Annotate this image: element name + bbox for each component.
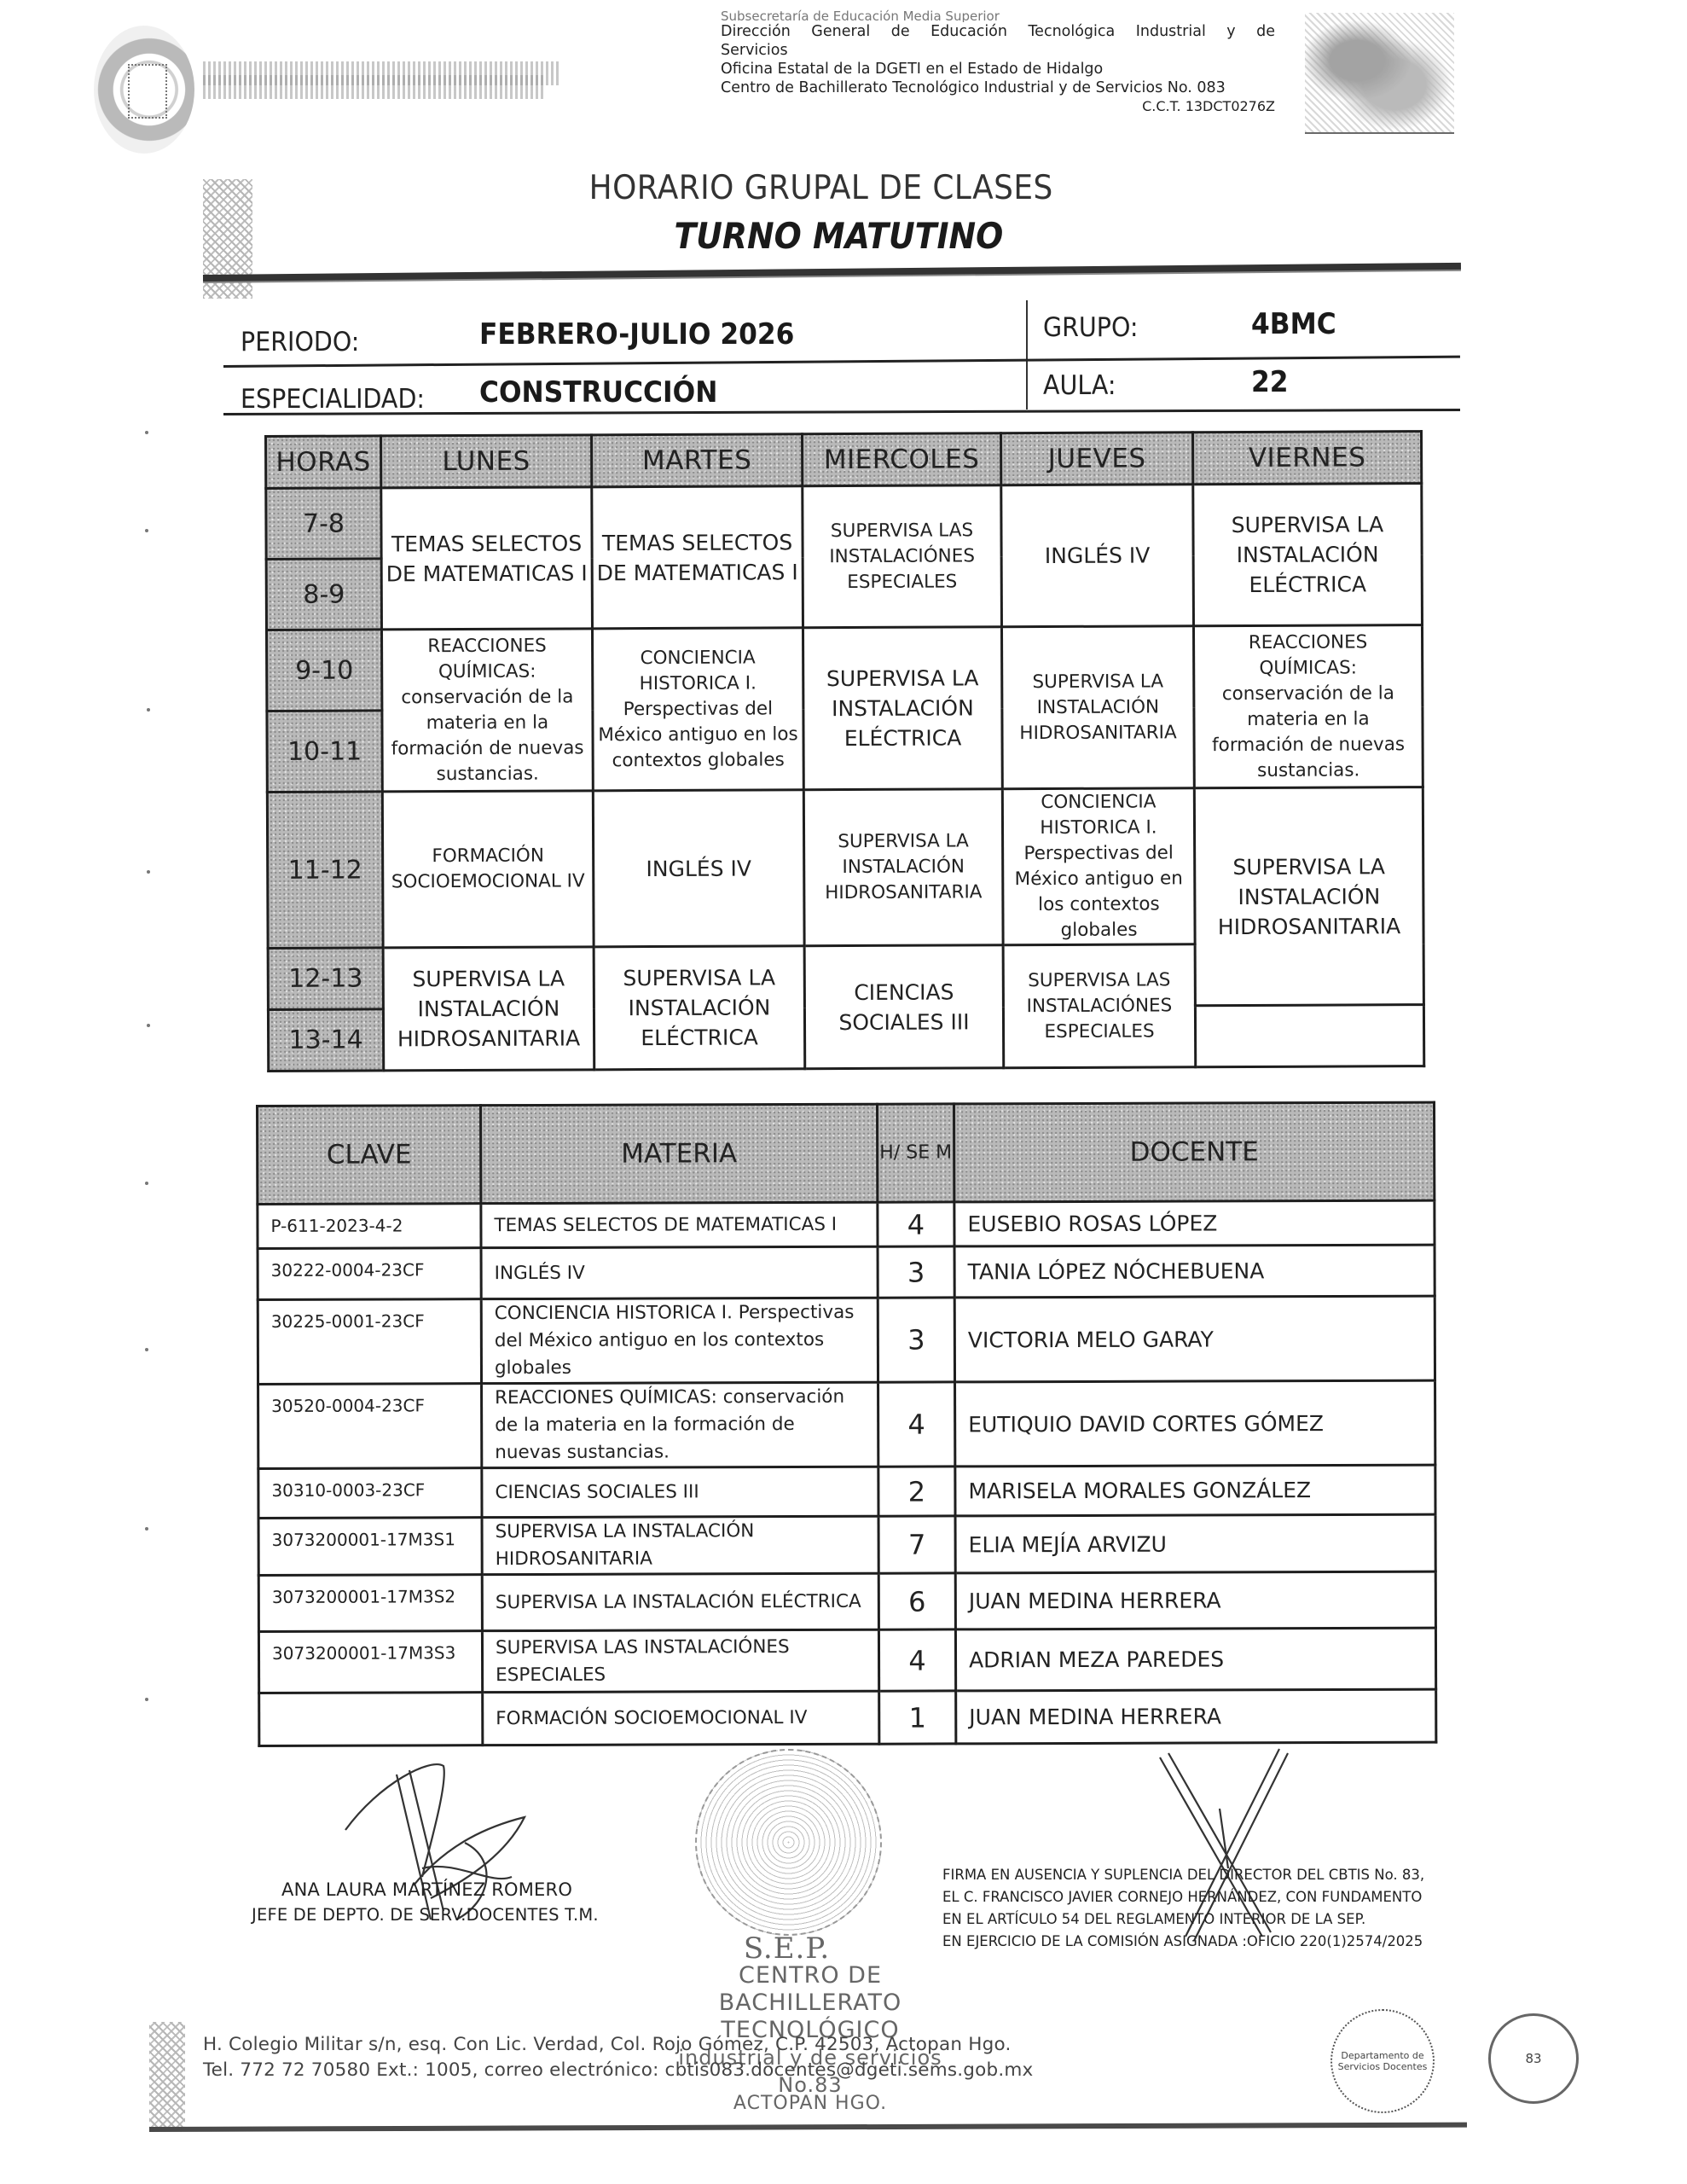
materia-cell: CONCIENCIA HISTORICA I. Perspectivas del… [481,1298,878,1383]
materia-cell: REACCIONES QUÍMICAS: conservación de la … [482,1382,878,1467]
subject-row: 30310-0003-23CF CIENCIAS SOCIALES III 2 … [258,1465,1435,1518]
docente-cell: ELIA MEJÍA ARVIZU [955,1514,1435,1573]
signatory-name: ANA LAURA MARTÍNEZ ROMERO [281,1879,572,1900]
col-header-clave: CLAVE [258,1106,481,1205]
grupo-value: 4BMC [1251,307,1336,341]
subjects-table: CLAVE MATERIA H/ SE M DOCENTE P-611-2023… [256,1101,1437,1747]
subject-row: 30520-0004-23CF REACCIONES QUÍMICAS: con… [258,1380,1435,1468]
class-cell: CONCIENCIA HISTORICA I. Perspectivas del… [1002,788,1195,945]
schedule-header-row: HORAS LUNES MARTES MIERCOLES JUEVES VIER… [266,432,1422,489]
hour-cell: 7-8 [266,488,381,560]
stamp-line: ACTOPAN HGO. [648,2090,972,2117]
clave-cell: 30310-0003-23CF [258,1468,482,1519]
docente-cell: EUSEBIO ROSAS LÓPEZ [954,1200,1435,1246]
clave-cell: P-611-2023-4-2 [258,1204,481,1249]
class-cell: TEMAS SELECTOS DE MATEMATICAS I [592,486,803,629]
hour-cell: 10-11 [267,711,382,793]
sep-national-seal-icon [695,1749,882,1936]
institution-header: Subsecretaría de Educación Media Superio… [721,7,1275,116]
info-divider [1026,300,1028,409]
docente-cell: EUTIQUIO DAVID CORTES GÓMEZ [955,1380,1435,1467]
periodo-value: FEBRERO-JULIO 2026 [479,317,794,351]
margin-dot [145,431,148,434]
hour-cell: 11-12 [267,792,383,949]
schedule-row: 11-12 FORMACIÓN SOCIOEMOCIONAL IV INGLÉS… [267,787,1423,949]
especialidad-value: CONSTRUCCIÓN [479,375,717,409]
class-cell: INGLÉS IV [1001,485,1194,627]
hour-cell: 12-13 [268,948,383,1010]
materia-cell: TEMAS SELECTOS DE MATEMATICAS I [481,1202,878,1247]
footer-address: H. Colegio Militar s/n, esq. Con Lic. Ve… [203,2032,1011,2058]
grupo-label: GRUPO: [1043,312,1139,343]
horas-cell: 4 [878,1382,955,1467]
margin-dot [147,708,150,712]
col-header-horas: HORAS [266,436,381,489]
docente-cell: JUAN MEDINA HERRERA [956,1689,1436,1744]
schedule-table: HORAS LUNES MARTES MIERCOLES JUEVES VIER… [264,430,1425,1072]
horas-cell: 2 [878,1467,955,1516]
historic-figure-emblem-icon [1305,13,1454,134]
docente-cell: MARISELA MORALES GONZÁLEZ [955,1465,1435,1516]
docente-cell: JUAN MEDINA HERRERA [955,1571,1435,1629]
materia-cell: INGLÉS IV [481,1246,878,1298]
materia-cell: SUPERVISA LAS INSTALACIÓNES ESPECIALES [482,1629,878,1692]
class-cell: TEMAS SELECTOS DE MATEMATICAS I [381,487,593,630]
seal-letters: S.E.P. [695,1935,878,1962]
schedule-row: 7-8 TEMAS SELECTOS DE MATEMATICAS I TEMA… [266,484,1422,560]
class-cell: SUPERVISA LAS INSTALACIÓNES ESPECIALES [1003,944,1196,1068]
class-cell: REACCIONES QUÍMICAS: conservación de la … [1193,625,1423,788]
institution-line: Servicios [721,41,1275,60]
cct-code: C.C.T. 13DCT0276Z [721,97,1275,116]
subject-row: 3073200001-17M3S2 SUPERVISA LA INSTALACI… [258,1571,1435,1631]
aula-value: 22 [1251,365,1289,399]
class-cell: SUPERVISA LA INSTALACIÓN ELÉCTRICA [1193,484,1423,626]
margin-dot [145,529,148,532]
institution-line: Subsecretaría de Educación Media Superio… [721,7,1275,22]
class-cell: SUPERVISA LA INSTALACIÓN HIDROSANITARIA [383,947,594,1071]
materia-cell: FORMACIÓN SOCIOEMOCIONAL IV [483,1691,879,1745]
class-cell: CIENCIAS SOCIALES III [804,945,1004,1069]
subject-row: FORMACIÓN SOCIOEMOCIONAL IV 1 JUAN MEDIN… [259,1689,1436,1745]
signatory-title: JEFE DE DEPTO. DE SERV.DOCENTES T.M. [252,1905,599,1925]
title-divider [203,263,1461,282]
footer-contact: Tel. 772 72 70580 Ext.: 1005, correo ele… [203,2058,1033,2083]
institution-line: Oficina Estatal de la DGETI en el Estado… [721,60,1275,78]
materia-cell: SUPERVISA LA INSTALACIÓN ELÉCTRICA [482,1573,878,1630]
materia-cell: CIENCIAS SOCIALES III [482,1467,878,1517]
clave-cell: 3073200001-17M3S2 [258,1575,482,1632]
horas-cell: 7 [878,1516,955,1573]
hour-cell: 8-9 [266,559,381,630]
footer-divider [149,2123,1467,2132]
col-header-viernes: VIERNES [1192,432,1421,485]
logo-caption-blur [203,75,544,99]
class-cell: INGLÉS IV [593,790,804,947]
horas-cell: 6 [878,1573,955,1629]
subject-row: 3073200001-17M3S3 SUPERVISA LAS INSTALAC… [258,1628,1435,1693]
materia-cell: SUPERVISA LA INSTALACIÓN HIDROSANITARIA [482,1516,878,1574]
docente-cell: VICTORIA MELO GARAY [954,1296,1435,1382]
dept-servicios-docentes-stamp-icon: Departamento de Servicios Docentes [1330,2009,1435,2113]
shift-title: TURNO MATUTINO [0,215,1687,257]
dgeti-gear-logo-icon [94,26,194,154]
col-header-docente: DOCENTE [954,1102,1435,1202]
suplencia-line: FIRMA EN AUSENCIA Y SUPLENCIA DEL DIRECT… [942,1864,1424,1886]
class-cell-empty [1195,1005,1423,1067]
class-cell: SUPERVISA LA INSTALACIÓN HIDROSANITARIA [1194,787,1423,1006]
suplencia-line: EL C. FRANCISCO JAVIER CORNEJO HERNÁNDEZ… [942,1886,1424,1908]
suplencia-line: EN EJERCICIO DE LA COMISIÓN ASIGNADA :OF… [942,1931,1424,1953]
class-cell: SUPERVISA LA INSTALACIÓN HIDROSANITARIA [803,789,1003,946]
margin-dot [145,1698,148,1701]
class-cell: SUPERVISA LA INSTALACIÓN ELÉCTRICA [594,946,805,1070]
class-cell: REACCIONES QUÍMICAS: conservación de la … [381,629,593,792]
clave-cell: 30225-0001-23CF [258,1299,481,1385]
col-header-jueves: JUEVES [1000,433,1192,485]
institution-line: Centro de Bachillerato Tecnológico Indus… [721,78,1275,97]
class-cell: FORMACIÓN SOCIOEMOCIONAL IV [382,791,594,948]
suplencia-line: EN EL ARTÍCULO 54 DEL REGLAMENTO INTERIO… [942,1908,1424,1931]
clave-cell: 3073200001-17M3S3 [258,1631,482,1693]
subjects-header-row: CLAVE MATERIA H/ SE M DOCENTE [258,1102,1435,1204]
clave-cell: 30222-0004-23CF [258,1248,481,1300]
hour-cell: 13-14 [268,1009,383,1072]
col-header-lunes: LUNES [381,435,592,488]
footer-ornament-icon [149,2022,185,2129]
periodo-label: PERIODO: [241,327,359,357]
margin-dot [147,870,150,874]
col-header-horas-semana: H/ SE M [878,1104,954,1202]
horas-cell: 3 [878,1246,954,1298]
aula-label: AULA: [1043,370,1116,401]
schedule-row: 9-10 REACCIONES QUÍMICAS: conservación d… [266,625,1422,712]
hour-cell: 9-10 [266,630,381,712]
stamp-line: CENTRO DE BACHILLERATO [648,1962,972,2017]
margin-dot [147,1024,150,1027]
docente-cell: TANIA LÓPEZ NÓCHEBUENA [954,1245,1435,1298]
margin-dot [145,1348,148,1351]
col-header-materia: MATERIA [481,1104,878,1203]
page-title: HORARIO GRUPAL DE CLASES [0,169,1687,207]
horas-cell: 4 [878,1202,954,1246]
suplencia-note: FIRMA EN AUSENCIA Y SUPLENCIA DEL DIRECT… [942,1864,1424,1953]
school-83-stamp-icon: 83 [1488,2013,1579,2104]
especialidad-label: ESPECIALIDAD: [241,384,425,415]
class-cell: CONCIENCIA HISTORICA I. Perspectivas del… [592,628,803,791]
margin-dot [145,1182,148,1185]
subject-row: 30225-0001-23CF CONCIENCIA HISTORICA I. … [258,1296,1435,1384]
horas-cell: 1 [879,1691,956,1744]
horas-cell: 3 [878,1298,954,1382]
margin-dot [145,1527,148,1531]
class-cell: SUPERVISA LA INSTALACIÓN HIDROSANITARIA [1001,626,1194,789]
horas-cell: 4 [878,1629,955,1691]
subject-row: 30222-0004-23CF INGLÉS IV 3 TANIA LÓPEZ … [258,1245,1435,1299]
institution-line: Dirección General de Educación Tecnológi… [721,22,1275,41]
clave-cell: 3073200001-17M3S1 [258,1518,482,1576]
class-cell: SUPERVISA LA INSTALACIÓN ELÉCTRICA [803,627,1002,790]
docente-cell: ADRIAN MEZA PAREDES [955,1628,1435,1691]
class-cell: SUPERVISA LAS INSTALACIÓNES ESPECIALES [803,485,1002,628]
subject-row: 3073200001-17M3S1 SUPERVISA LA INSTALACI… [258,1514,1435,1575]
clave-cell: 30520-0004-23CF [258,1384,482,1469]
clave-cell [259,1693,483,1746]
col-header-miercoles: MIERCOLES [803,433,1001,486]
subject-row: P-611-2023-4-2 TEMAS SELECTOS DE MATEMAT… [258,1200,1435,1248]
col-header-martes: MARTES [592,434,803,487]
